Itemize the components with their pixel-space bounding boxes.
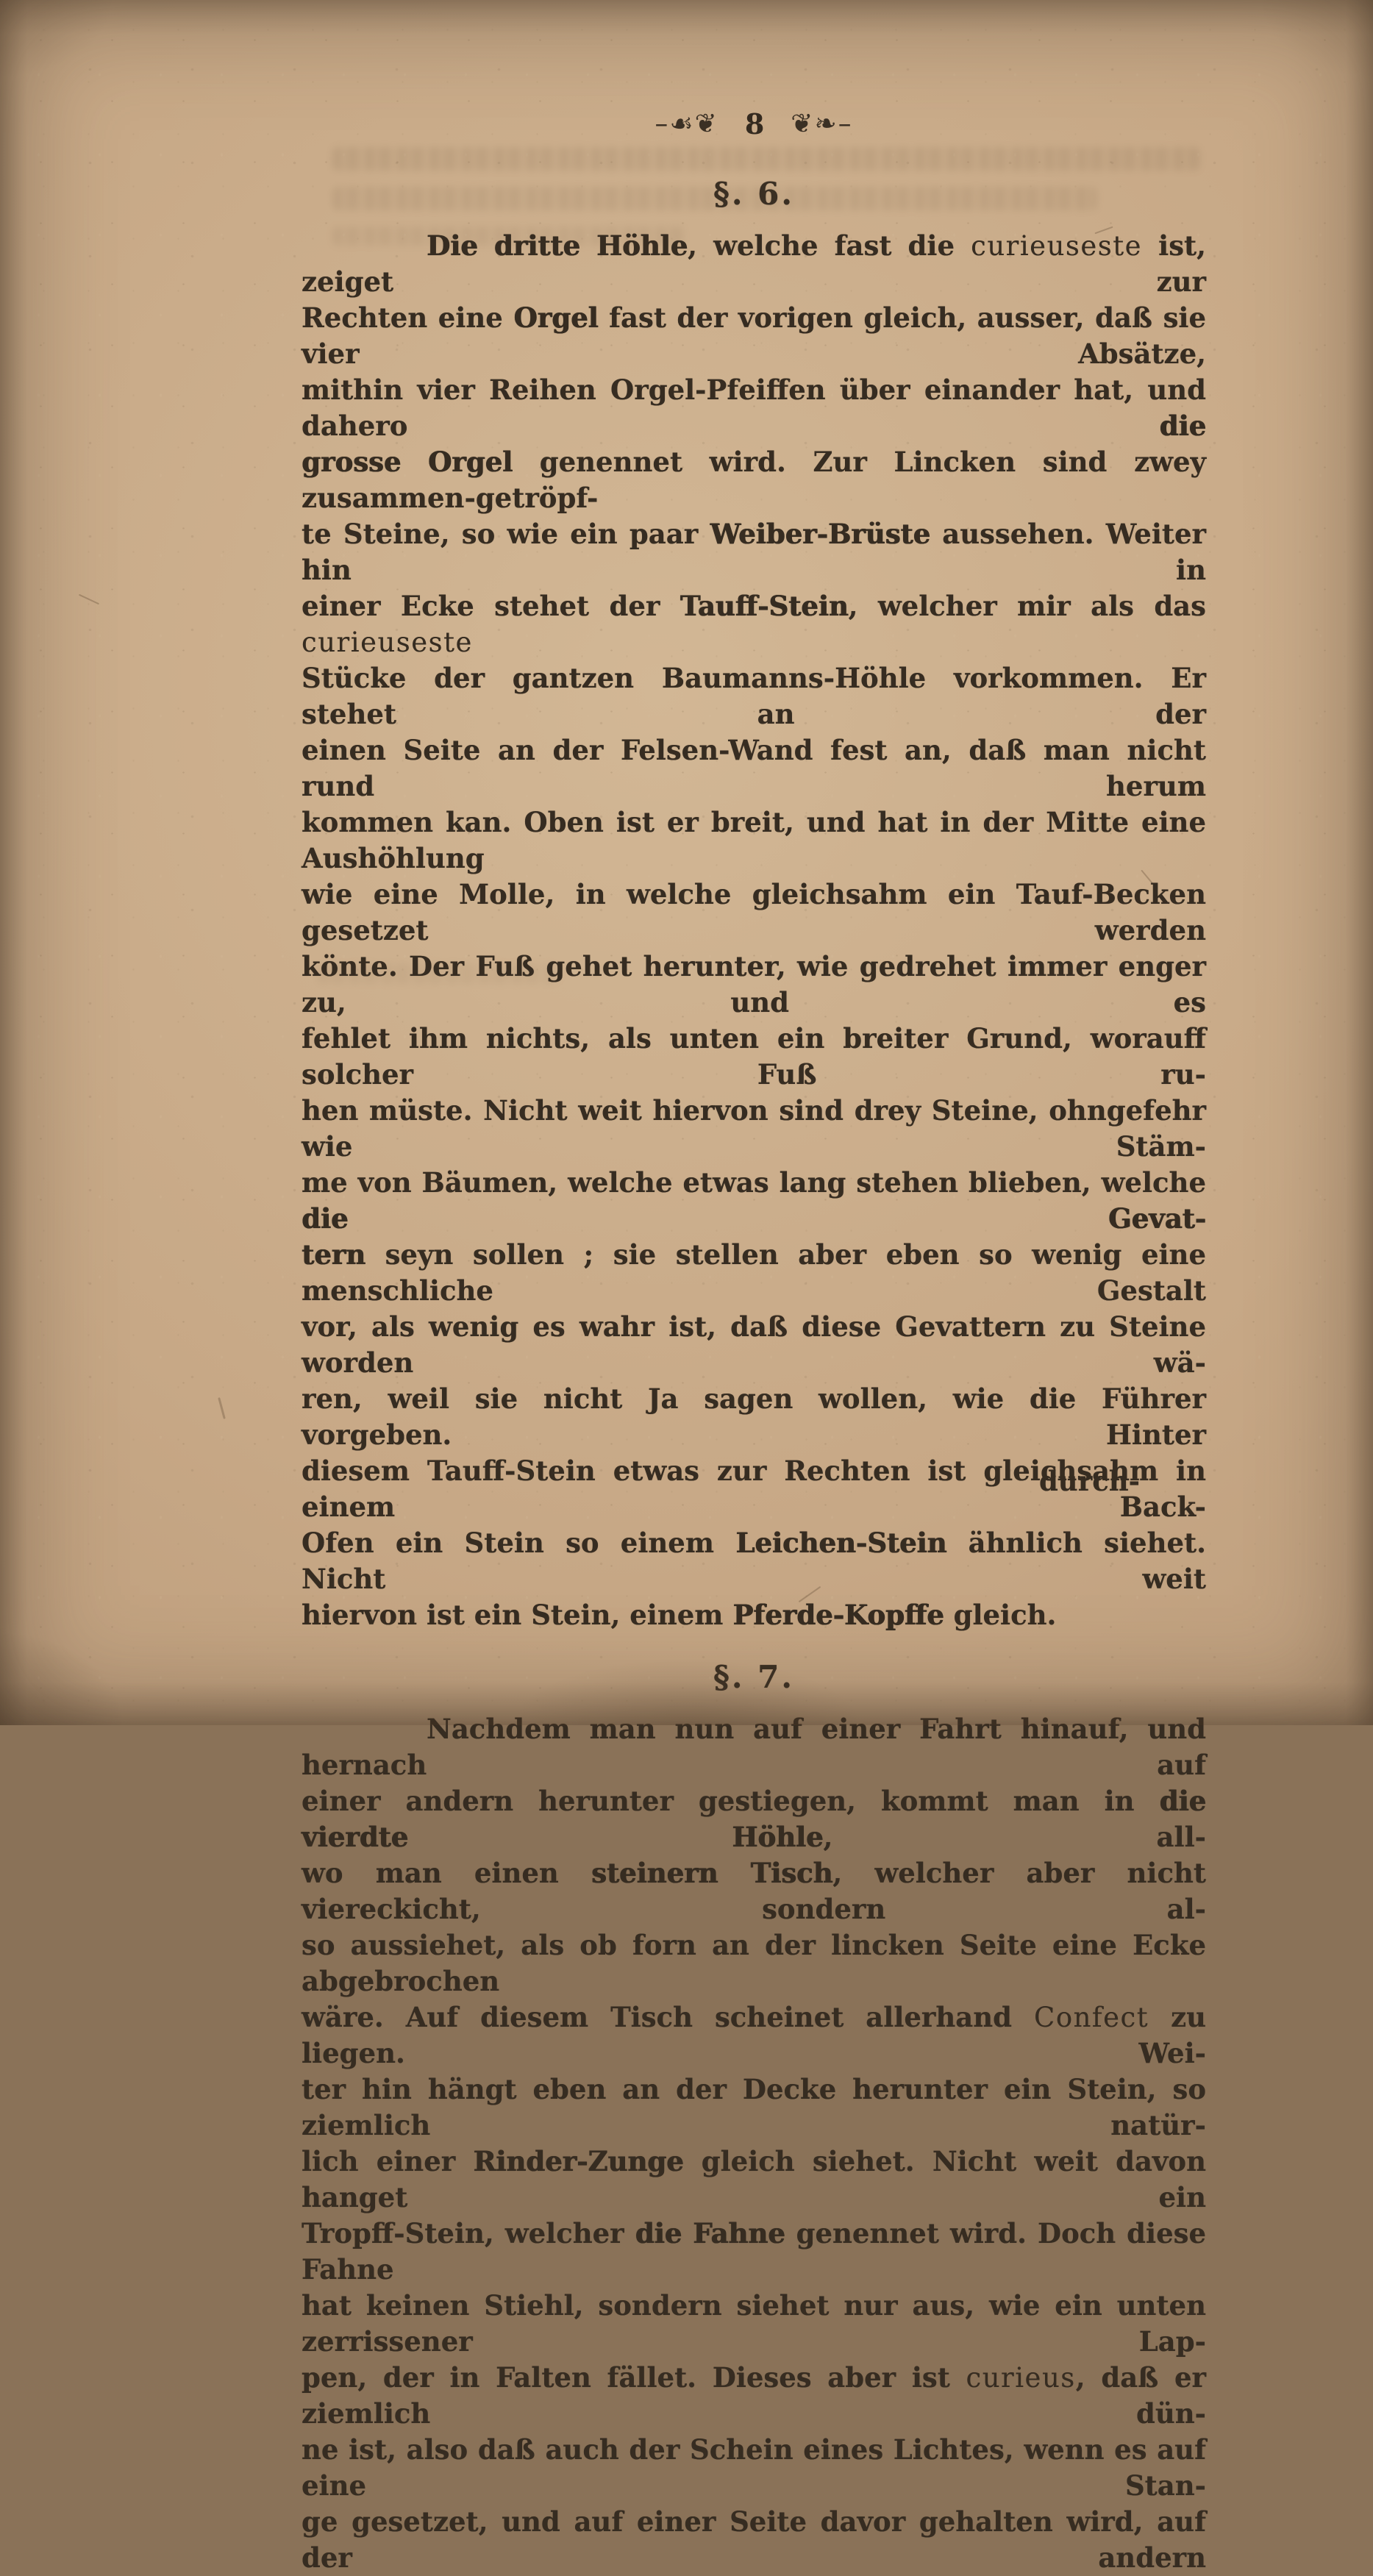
antiqua-loanword-text: curieuseste [971,230,1142,262]
emphasized-blackletter-text: die [1160,410,1206,442]
body-text: fehlet ihm nichts, als unten ein breiter… [302,1022,1206,1091]
text-line: te Steine, so wie ein paar Weiber-Brüste… [302,516,1206,588]
body-text: vor, als wenig es wahr ist, daß diese Ge… [302,1310,1206,1379]
section-heading: §. 7. [302,1658,1206,1696]
body-text: ren, weil sie nicht Ja sagen wollen, wie… [302,1382,1206,1451]
text-line: einer Ecke stehet der Tauff-Stein, welch… [302,588,1206,660]
text-line: Die dritte Höhle, welche fast die curieu… [302,228,1206,300]
text-line: Rechten eine Orgel fast der vorigen glei… [302,300,1206,372]
text-line: hen müste. Nicht weit hiervon sind drey … [302,1093,1206,1165]
emphasized-blackletter-text: Weiber-Brüste [710,518,930,550]
text-line: fehlet ihm nichts, als unten ein breiter… [302,1021,1206,1093]
body-text: Rechten eine [302,302,513,334]
section-heading: §. 6. [302,175,1206,213]
text-line: mithin vier Reihen Orgel-Pfeiffen über e… [302,372,1206,444]
antiqua-loanword-text: curieuseste [302,627,473,658]
text-line: grosse Orgel genennet wird. Zur Lincken … [302,444,1206,516]
emphasized-blackletter-text: Pferde-Kopffe [732,1599,944,1631]
body-text: hiervon ist ein Stein, einem [302,1599,732,1631]
paper-fiber [218,1397,226,1419]
body-text: Ofen ein Stein so einem [302,1527,735,1559]
text-line: kommen kan. Oben ist er breit, und hat i… [302,804,1206,877]
text-line: vor, als wenig es wahr ist, daß diese Ge… [302,1309,1206,1381]
emphasized-blackletter-text: Orgel [513,302,598,334]
body-text: mithin vier Reihen Orgel-Pfeiffen über e… [302,374,1206,442]
text-line: Ofen ein Stein so einem Leichen-Stein äh… [302,1525,1206,1597]
body-text: me von Bäumen, welche etwas lang stehen … [302,1166,1206,1199]
emphasized-blackletter-text: die Gevat- [302,1202,1206,1235]
text-line: ren, weil sie nicht Ja sagen wollen, wie… [302,1381,1206,1453]
fleuron-ornament-right-icon: ❦❧– [791,109,852,139]
body-text: könte. Der Fuß gehet herunter, wie gedre… [302,950,1206,1018]
text-line: tern seyn sollen ; sie stellen aber eben… [302,1237,1206,1309]
body-text: , welcher mir als das [849,590,1206,622]
body-text: hen müste. Nicht weit hiervon sind drey … [302,1094,1206,1163]
section: §. 7.Nachdem man nun auf einer Fahrt hin… [302,1658,1206,1725]
text-line: Stücke der gantzen Baumanns-Höhle vorkom… [302,660,1206,732]
body-text: kommen kan. Oben ist er breit, und hat i… [302,806,1206,874]
body-text: Stücke der gantzen Baumanns-Höhle vorkom… [302,662,1206,730]
body-text: einer Ecke stehet der [302,590,680,622]
body-text: , welche fast die [688,229,971,262]
body-text: seyn sollen ; sie stellen aber eben so w… [302,1238,1206,1307]
catchword-row: durch- [302,1465,1206,1497]
page-header: –☙❦8❦❧– [302,107,1206,140]
body-text: te Steine, so wie ein paar [302,518,710,550]
body-text: einen Seite an der Felsen-Wand fest an, … [302,734,1206,802]
fleuron-ornament-left-icon: –☙❦ [655,109,718,139]
paper-fiber [79,594,99,604]
text-line: me von Bäumen, welche etwas lang stehen … [302,1165,1206,1237]
emphasized-blackletter-text: Die dritte Höhle [427,229,688,262]
body-text: gleich. [944,1599,1057,1631]
emphasized-blackletter-text: grosse Orgel [302,446,513,478]
body-text: wie eine Molle, in welche gleichsahm ein… [302,878,1206,946]
text-line: könte. Der Fuß gehet herunter, wie gedre… [302,949,1206,1021]
text-line: Nachdem man nun auf einer Fahrt hinauf, … [302,1711,1206,1725]
catchword: durch- [1039,1465,1140,1497]
emphasized-blackletter-text: tern [302,1238,365,1271]
bleedthrough-text-band [332,147,1200,171]
section: §. 6.Die dritte Höhle, welche fast die c… [302,175,1206,1633]
body-text: Nachdem man nun auf einer Fahrt hinauf, … [302,1713,1206,1725]
text-line: hiervon ist ein Stein, einem Pferde-Kopf… [302,1597,1206,1633]
text-line: einen Seite an der Felsen-Wand fest an, … [302,732,1206,804]
scanned-book-page: –☙❦8❦❧– §. 6.Die dritte Höhle, welche fa… [0,0,1373,1725]
text-line: wie eine Molle, in welche gleichsahm ein… [302,877,1206,949]
emphasized-blackletter-text: Leichen-Stein [735,1527,946,1559]
emphasized-blackletter-text: Tauff-Stein [680,590,849,622]
page-number: 8 [745,107,764,140]
